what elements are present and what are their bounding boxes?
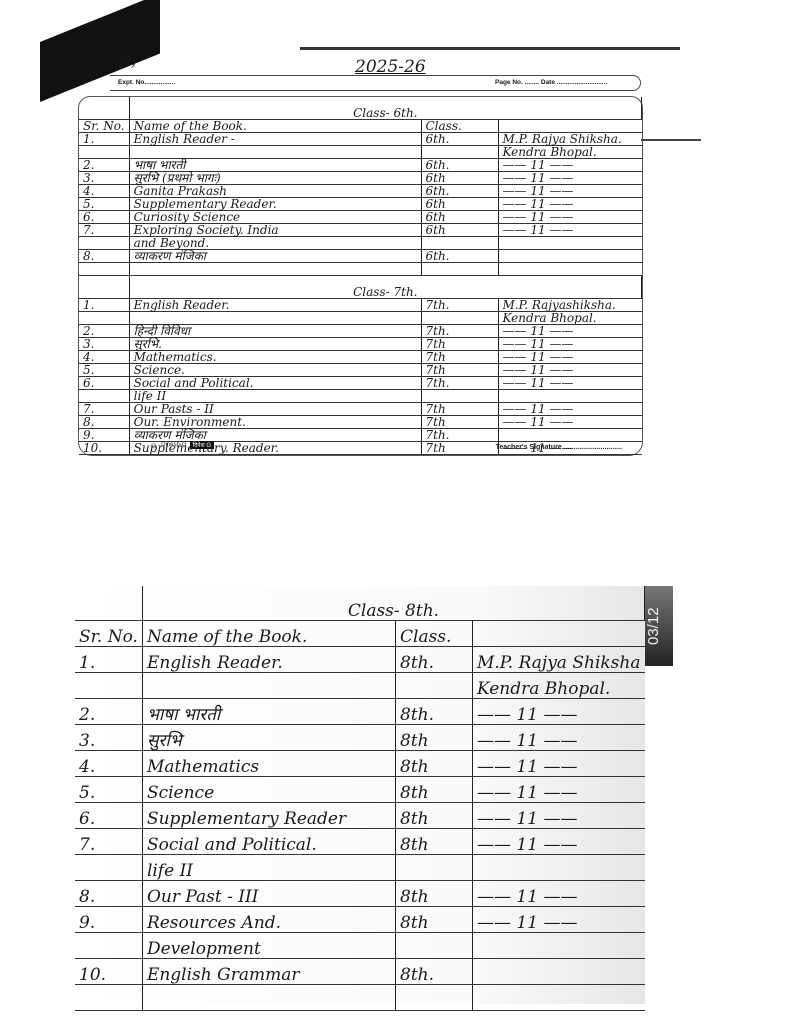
sr-number: 9. <box>75 907 142 933</box>
sr-number <box>79 263 129 276</box>
book-name: life II <box>142 855 395 881</box>
sr-cell <box>79 97 129 120</box>
book-class: 6th. <box>421 250 498 263</box>
book-name: Science <box>142 777 395 803</box>
table-row: life II <box>75 855 645 881</box>
book-name: Our Past - III <box>142 881 395 907</box>
book-name: life II <box>129 389 421 402</box>
sr-number <box>79 146 129 159</box>
publisher: —— 11 —— <box>498 224 642 237</box>
sr-number: 10. <box>79 441 129 454</box>
sr-number: 2. <box>79 324 129 337</box>
book-class: 7th. <box>421 324 498 337</box>
table-row: 4.Ganita Prakash6th.—— 11 —— <box>79 185 642 198</box>
book-name: हिन्दी विविधा <box>129 324 421 337</box>
book-name: Science. <box>129 363 421 376</box>
sr-number: 1. <box>79 298 129 311</box>
table-row: 7.Exploring Society. India6th—— 11 —— <box>79 224 642 237</box>
table-row: 2.भाषा भारती6th.—— 11 —— <box>79 159 642 172</box>
book-name: Social and Political. <box>129 376 421 389</box>
class-heading-row: Class- 6th. <box>79 97 642 120</box>
table-row: 7.Our Pasts - II7th—— 11 —— <box>79 402 642 415</box>
rule-overhang <box>641 139 701 141</box>
book-class <box>396 985 473 1011</box>
book-class: 8th <box>396 751 473 777</box>
publisher: —— 11 —— <box>498 402 642 415</box>
book-class <box>421 237 498 250</box>
book-name: Our Pasts - II <box>129 402 421 415</box>
book-class <box>421 389 498 402</box>
table-row: 1.English Reader.8th.M.P. Rajya Shiksha <box>75 647 645 673</box>
sr-number: 6. <box>79 376 129 389</box>
publisher <box>473 985 645 1011</box>
book-class: 8th. <box>396 959 473 985</box>
class-heading: Class- 7th. <box>129 275 641 298</box>
book-list-sheet-8: Class- 8th.Sr. No.Name of the Book.Class… <box>75 586 645 1004</box>
book-class: 8th <box>396 907 473 933</box>
sr-number <box>79 237 129 250</box>
book-name: सुरभि <box>142 725 395 751</box>
book-class: 8th <box>396 777 473 803</box>
book-name: व्याकरण मंजिका <box>129 250 421 263</box>
publisher <box>498 428 642 441</box>
expt-label: Expt. No................. <box>118 79 175 86</box>
sr-number <box>75 673 142 699</box>
sr-number <box>75 855 142 881</box>
book-name: Social and Political. <box>142 829 395 855</box>
sr-number: 4. <box>79 185 129 198</box>
book-list-sheet-6-7: Class- 6th.Sr. No.Name of the Book.Class… <box>78 96 643 456</box>
sr-number <box>75 985 142 1011</box>
book-class <box>421 146 498 159</box>
publisher: —— 11 —— <box>498 376 642 389</box>
publisher <box>498 263 642 276</box>
table-row: 3.सुरभि (प्रथमो भागः)6th—— 11 —— <box>79 172 642 185</box>
table-row: 5.Supplementary Reader.6th—— 11 —— <box>79 198 642 211</box>
book-class: 7th. <box>421 428 498 441</box>
book-class <box>396 933 473 959</box>
sr-number <box>79 311 129 324</box>
sr-number: 7. <box>79 402 129 415</box>
sr-number: 3. <box>75 725 142 751</box>
book-class: 7th. <box>421 298 498 311</box>
table-row: Kendra Bhopal. <box>79 146 642 159</box>
publisher <box>498 237 642 250</box>
table-row: 2.भाषा भारती8th.—— 11 —— <box>75 699 645 725</box>
table-row: 6.Supplementary Reader8th—— 11 —— <box>75 803 645 829</box>
column-header-row: Sr. No.Name of the Book.Class. <box>75 621 645 647</box>
publisher: M.P. Rajya Shiksha. <box>498 133 642 146</box>
publisher: M.P. Rajya Shiksha <box>473 647 645 673</box>
table-row: Development <box>75 933 645 959</box>
book-class: 8th <box>396 829 473 855</box>
book-class: 6th <box>421 198 498 211</box>
date-stamp: 03/12 <box>645 586 673 666</box>
publisher <box>498 250 642 263</box>
publisher: —— 11 —— <box>498 211 642 224</box>
column-header-row: Sr. No.Name of the Book.Class. <box>79 120 642 133</box>
publisher: —— 11 —— <box>498 363 642 376</box>
table-row: 6.Social and Political.7th.—— 11 —— <box>79 376 642 389</box>
book-class <box>421 311 498 324</box>
publisher: —— 11 —— <box>473 699 645 725</box>
sr-number: 10. <box>75 959 142 985</box>
dinesh-logo: ☼ Dinesh-G दिनेश G <box>149 440 214 451</box>
book-name: Curiosity Science <box>129 211 421 224</box>
book-name: सुरभि (प्रथमो भागः) <box>129 172 421 185</box>
sr-number <box>75 933 142 959</box>
book-name: सुरभि. <box>129 337 421 350</box>
sr-number: 2. <box>79 159 129 172</box>
book-name: Supplementary Reader <box>142 803 395 829</box>
table-row: 10.English Grammar8th. <box>75 959 645 985</box>
header-class: Class. <box>396 621 473 647</box>
publisher: —— 11 —— <box>498 185 642 198</box>
book-class: 7th <box>421 337 498 350</box>
book-class: 6th. <box>421 185 498 198</box>
table-row: 2.हिन्दी विविधा7th.—— 11 —— <box>79 324 642 337</box>
publisher: —— 11 —— <box>498 324 642 337</box>
sr-number: 7. <box>79 224 129 237</box>
book-name: Supplementary Reader. <box>129 198 421 211</box>
sr-number: 5. <box>79 363 129 376</box>
book-name: Ganita Prakash <box>129 185 421 198</box>
book-class: 6th <box>421 211 498 224</box>
sr-number: 6. <box>75 803 142 829</box>
book-class: 7th <box>421 363 498 376</box>
book-class: 8th <box>396 803 473 829</box>
publisher: —— 11 —— <box>498 337 642 350</box>
sr-number <box>79 389 129 402</box>
page-marker: (9) <box>118 55 136 70</box>
sr-number: 1. <box>75 647 142 673</box>
sr-number: 7. <box>75 829 142 855</box>
table-row: 5.Science.7th—— 11 —— <box>79 363 642 376</box>
publisher <box>473 959 645 985</box>
book-name <box>129 263 421 276</box>
table-row: Kendra Bhopal. <box>79 311 642 324</box>
top-rule <box>300 47 680 50</box>
book-class: 6th. <box>421 133 498 146</box>
publisher: —— 11 —— <box>473 881 645 907</box>
page-date-label: Page No. ........ Date .................… <box>495 79 607 86</box>
table-row: 8.Our. Environment.7th—— 11 —— <box>79 415 642 428</box>
book-class: 7th. <box>421 376 498 389</box>
book-class <box>421 263 498 276</box>
book-name <box>129 146 421 159</box>
publisher <box>498 389 642 402</box>
table-row: 3.सुरभि.7th—— 11 —— <box>79 337 642 350</box>
book-class: 7th <box>421 402 498 415</box>
publisher: Kendra Bhopal. <box>498 311 642 324</box>
header-class: Class. <box>421 120 498 133</box>
book-name: English Grammar <box>142 959 395 985</box>
sr-cell <box>75 586 142 621</box>
book-name: भाषा भारती <box>142 699 395 725</box>
book-name: English Reader - <box>129 133 421 146</box>
table-row: 5.Science8th—— 11 —— <box>75 777 645 803</box>
publisher: —— 11 —— <box>473 907 645 933</box>
sr-number: 4. <box>75 751 142 777</box>
table-row: 8.Our Past - III8th—— 11 —— <box>75 881 645 907</box>
publisher <box>473 933 645 959</box>
book-class: 8th <box>396 725 473 751</box>
sr-number: 8. <box>75 881 142 907</box>
sr-cell <box>79 275 129 298</box>
class-heading: Class- 6th. <box>129 97 641 120</box>
table-row: 7.Social and Political.8th—— 11 —— <box>75 829 645 855</box>
header-publisher <box>498 120 642 133</box>
book-class: 8th. <box>396 699 473 725</box>
sr-number: 8. <box>79 250 129 263</box>
header-name: Name of the Book. <box>142 621 395 647</box>
sr-number: 6. <box>79 211 129 224</box>
table-row: 1.English Reader -6th.M.P. Rajya Shiksha… <box>79 133 642 146</box>
publisher: —— 11 —— <box>473 725 645 751</box>
sr-number: 8. <box>79 415 129 428</box>
publisher: Kendra Bhopal. <box>473 673 645 699</box>
table-row: Kendra Bhopal. <box>75 673 645 699</box>
class-heading-row: Class- 8th. <box>75 586 645 621</box>
sr-number: 5. <box>79 198 129 211</box>
book-name: Development <box>142 933 395 959</box>
sr-number: 3. <box>79 172 129 185</box>
session-year: 2025-26 <box>355 57 426 77</box>
book-name <box>129 311 421 324</box>
table-row: 4.Mathematics8th—— 11 —— <box>75 751 645 777</box>
book-name: English Reader. <box>142 647 395 673</box>
table-row: 8.व्याकरण मंजिका6th. <box>79 250 642 263</box>
table-row: 1.English Reader.7th.M.P. Rajyashiksha. <box>79 298 642 311</box>
sr-number: 4. <box>79 350 129 363</box>
header-sr: Sr. No. <box>75 621 142 647</box>
book-name: English Reader. <box>129 298 421 311</box>
book-class: 7th <box>421 350 498 363</box>
sr-number: 2. <box>75 699 142 725</box>
book-name <box>142 985 395 1011</box>
notebook-header-strip: Expt. No................. Page No. .....… <box>110 75 641 91</box>
book-name <box>142 673 395 699</box>
book-class <box>396 855 473 881</box>
publisher: M.P. Rajyashiksha. <box>498 298 642 311</box>
sr-number: 9. <box>79 428 129 441</box>
book-name: and Beyond. <box>129 237 421 250</box>
sun-icon: ☼ <box>149 440 158 451</box>
book-class: 6th <box>421 172 498 185</box>
table-row <box>79 263 642 276</box>
header-name: Name of the Book. <box>129 120 421 133</box>
header-sr: Sr. No. <box>79 120 129 133</box>
book-name: Mathematics <box>142 751 395 777</box>
book-class <box>396 673 473 699</box>
book-class: 7th <box>421 441 498 454</box>
class-heading-row: Class- 7th. <box>79 275 642 298</box>
publisher: —— 11 —— <box>473 751 645 777</box>
publisher: —— 11 —— <box>498 350 642 363</box>
publisher: —— 11 —— <box>498 159 642 172</box>
sr-number: 5. <box>75 777 142 803</box>
header-publisher <box>473 621 645 647</box>
publisher: —— 11 —— <box>498 172 642 185</box>
table-row: 9.Resources And.8th—— 11 —— <box>75 907 645 933</box>
publisher: —— 11 —— <box>473 777 645 803</box>
table-row: 3.सुरभि8th—— 11 —— <box>75 725 645 751</box>
book-name: Exploring Society. India <box>129 224 421 237</box>
book-class: 6th. <box>421 159 498 172</box>
book-name: भाषा भारती <box>129 159 421 172</box>
table-row: and Beyond. <box>79 237 642 250</box>
publisher: —— 11 —— <box>473 829 645 855</box>
table-row: life II <box>79 389 642 402</box>
sr-number: 1. <box>79 133 129 146</box>
teacher-signature-label: Teacher's Signature ....................… <box>496 444 622 451</box>
class-heading: Class- 8th. <box>142 586 644 621</box>
sr-number: 3. <box>79 337 129 350</box>
book-class: 6th <box>421 224 498 237</box>
publisher: —— 11 —— <box>473 803 645 829</box>
book-name: Our. Environment. <box>129 415 421 428</box>
book-name: Resources And. <box>142 907 395 933</box>
publisher: —— 11 —— <box>498 415 642 428</box>
table-row: 6.Curiosity Science6th—— 11 —— <box>79 211 642 224</box>
publisher <box>473 855 645 881</box>
table-row <box>75 985 645 1011</box>
publisher: —— 11 —— <box>498 198 642 211</box>
book-class: 7th <box>421 415 498 428</box>
book-class: 8th <box>396 881 473 907</box>
table-row: 4.Mathematics.7th—— 11 —— <box>79 350 642 363</box>
book-class: 8th. <box>396 647 473 673</box>
book-name: Mathematics. <box>129 350 421 363</box>
publisher: Kendra Bhopal. <box>498 146 642 159</box>
